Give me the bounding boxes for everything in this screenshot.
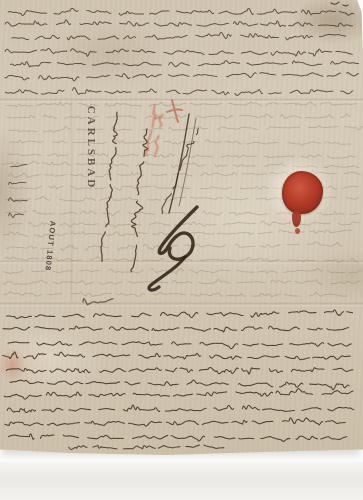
wax-seal-dot xyxy=(295,228,300,234)
address-line-1 xyxy=(99,112,121,262)
margin-notes xyxy=(5,164,30,217)
bottom-text-block xyxy=(3,310,354,442)
top-text-block xyxy=(5,8,359,96)
handwriting-layer xyxy=(0,0,363,500)
fold-flourish xyxy=(83,295,114,305)
scanned-letter-screenshot: CARLSBAD AOUT 1808 xyxy=(0,0,363,500)
red-postmark xyxy=(145,105,165,157)
corner-ink-mark xyxy=(331,2,348,6)
closing-line xyxy=(69,445,224,450)
rate-mark-stroke-2 xyxy=(149,257,185,290)
